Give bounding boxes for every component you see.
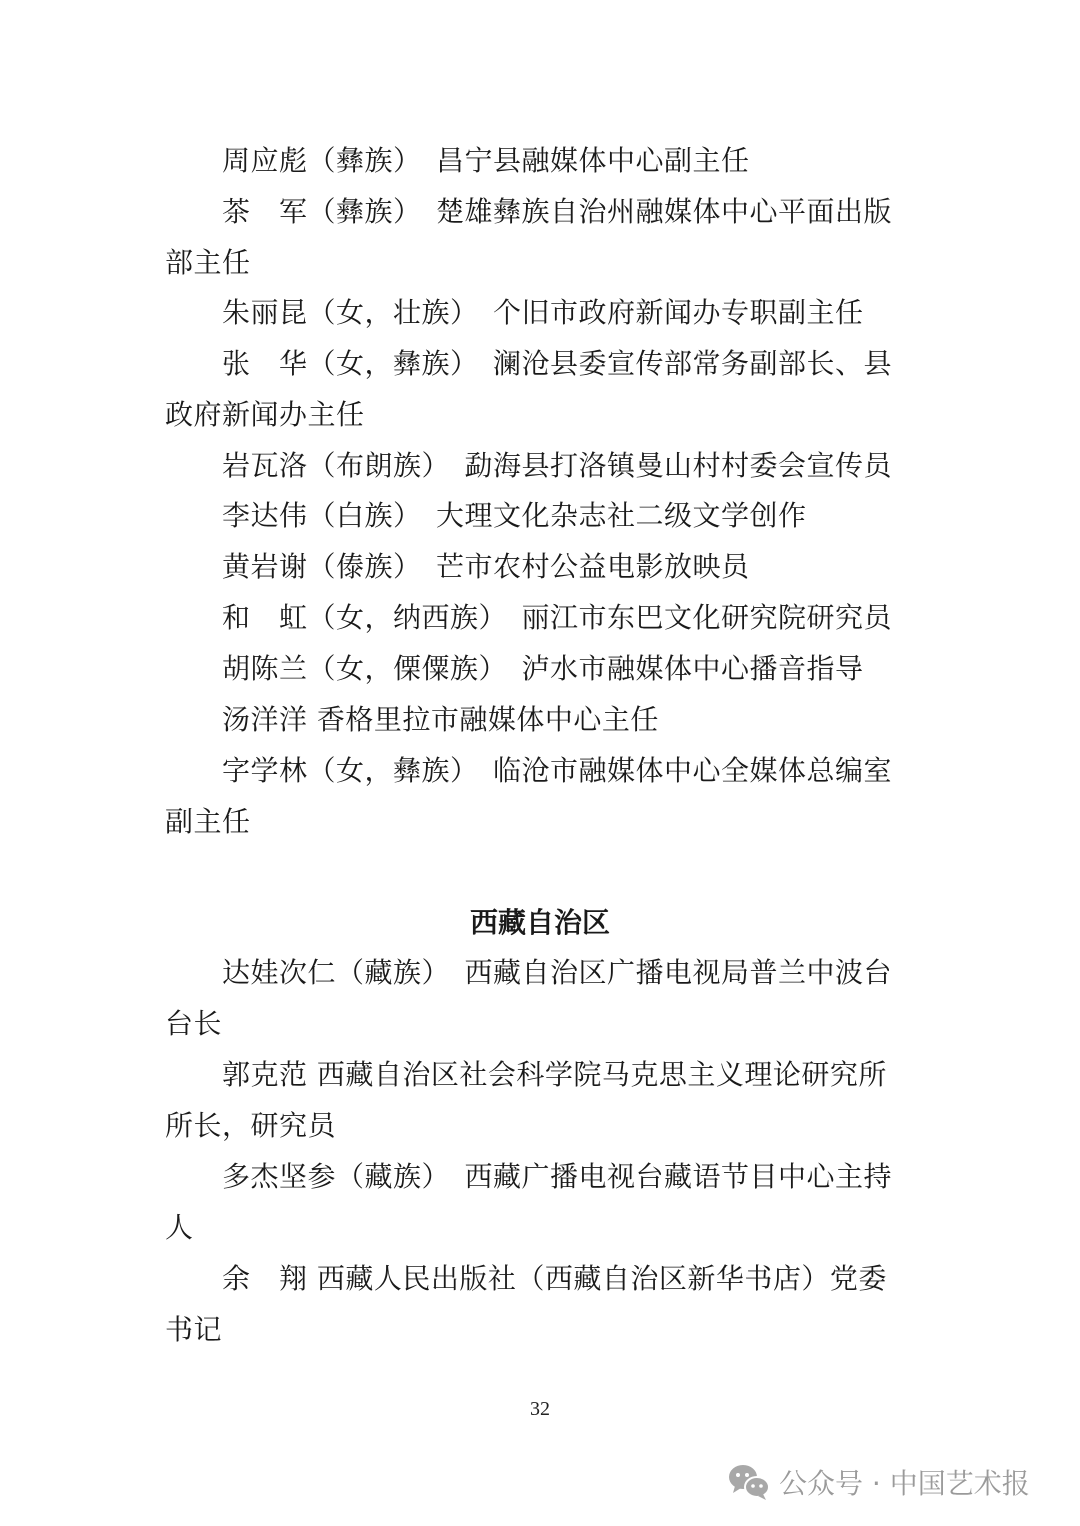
entry-continuation: 政府新闻办主任 — [165, 397, 917, 433]
entry-line: 黄岩谢（傣族） 芒市农村公益电影放映员 — [222, 549, 917, 585]
entry-continuation: 所长，研究员 — [165, 1108, 917, 1144]
entry-line: 和 虹（女，纳西族） 丽江市东巴文化研究院研究员 — [222, 600, 917, 636]
page-number: 32 — [0, 1398, 1080, 1421]
entry-line: 多杰坚参（藏族） 西藏广播电视台藏语节目中心主持 — [222, 1159, 917, 1195]
entry-line: 周应彪（彝族） 昌宁县融媒体中心副主任 — [222, 143, 917, 179]
entry-line: 胡陈兰（女，傈僳族） 泸水市融媒体中心播音指导 — [222, 651, 917, 687]
wechat-icon — [727, 1462, 771, 1502]
entry-line: 字学林（女，彝族） 临沧市融媒体中心全媒体总编室 — [222, 753, 917, 789]
entry-continuation: 台长 — [165, 1006, 917, 1042]
entry-line: 郭克范 西藏自治区社会科学院马克思主义理论研究所 — [222, 1057, 917, 1093]
entry-line: 汤洋洋 香格里拉市融媒体中心主任 — [222, 702, 917, 738]
entry-continuation: 人 — [165, 1210, 917, 1246]
watermark: 公众号 · 中国艺术报 — [727, 1462, 1030, 1502]
entry-line: 岩瓦洛（布朗族） 勐海县打洛镇曼山村村委会宣传员 — [222, 448, 917, 484]
entry-continuation: 副主任 — [165, 804, 917, 840]
entry-line: 达娃次仁（藏族） 西藏自治区广播电视局普兰中波台 — [222, 955, 917, 991]
section-heading: 西藏自治区 — [0, 905, 1080, 941]
entry-continuation: 部主任 — [165, 245, 917, 281]
entry-line: 朱丽昆（女，壮族） 个旧市政府新闻办专职副主任 — [222, 295, 917, 331]
entry-line: 余 翔 西藏人民出版社（西藏自治区新华书店）党委 — [222, 1261, 917, 1297]
entry-line: 茶 军（彝族） 楚雄彝族自治州融媒体中心平面出版 — [222, 194, 917, 230]
entry-line: 李达伟（白族） 大理文化杂志社二级文学创作 — [222, 498, 917, 534]
watermark-text: 公众号 · 中国艺术报 — [779, 1462, 1030, 1502]
entry-continuation: 书记 — [165, 1312, 917, 1348]
entry-line: 张 华（女，彝族） 澜沧县委宣传部常务副部长、县 — [222, 346, 917, 382]
document-page: 周应彪（彝族） 昌宁县融媒体中心副主任 茶 军（彝族） 楚雄彝族自治州融媒体中心… — [0, 0, 1080, 1526]
